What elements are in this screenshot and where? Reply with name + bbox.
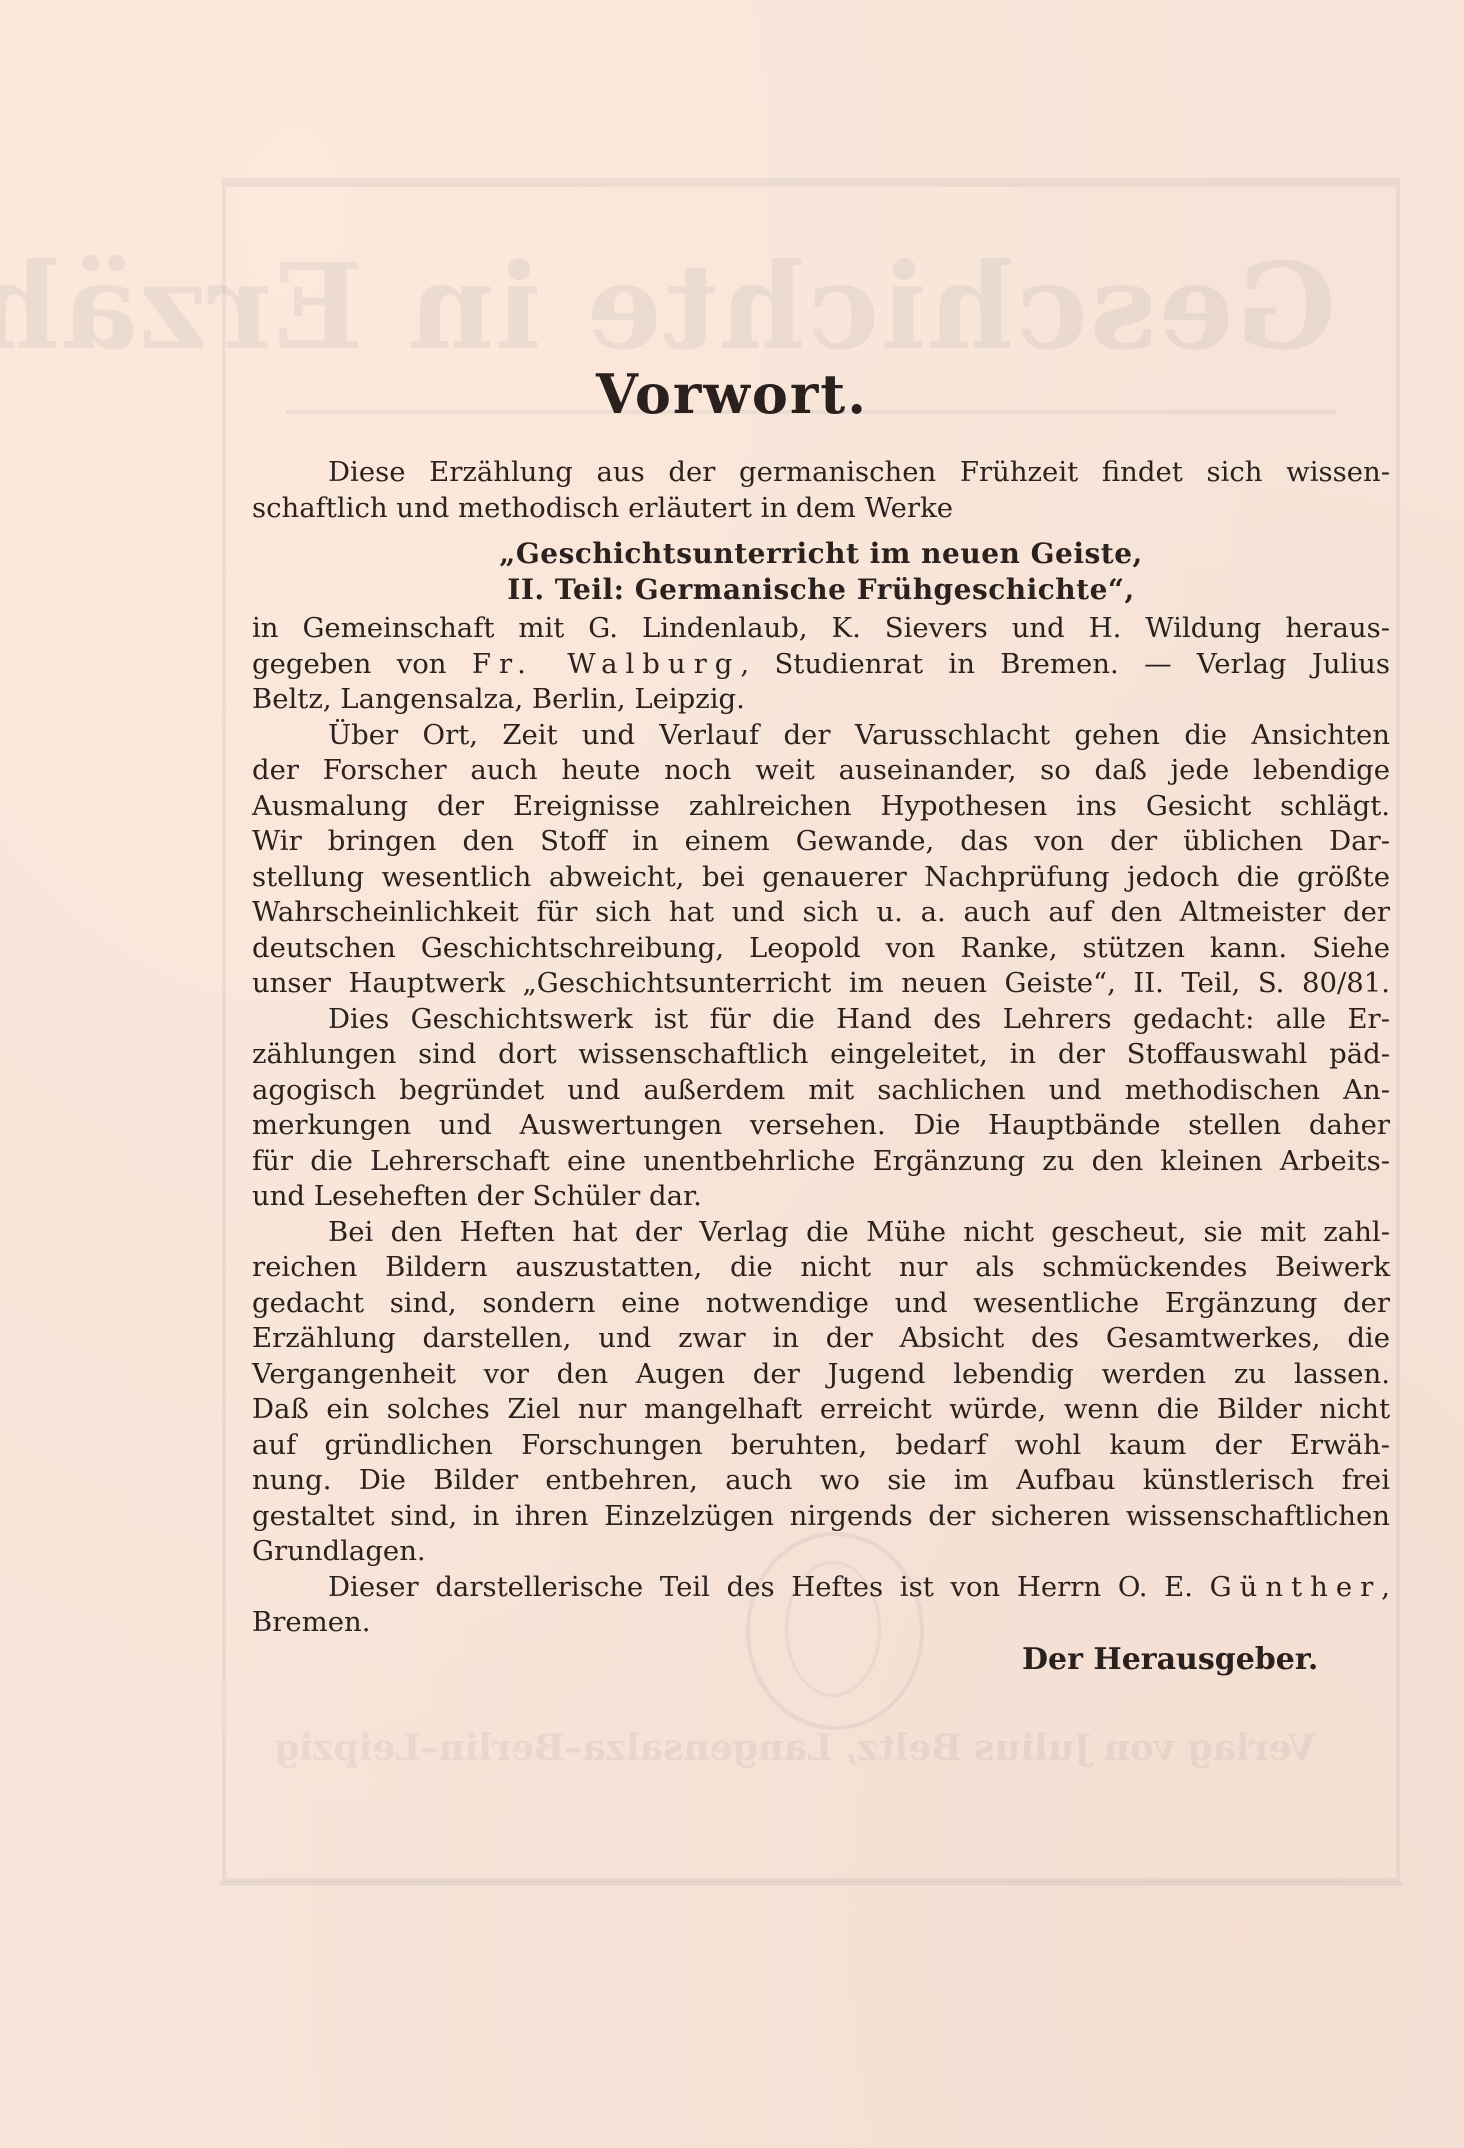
- text-fragment: Dieser darstellerische Teil des Heftes i…: [328, 1571, 1193, 1603]
- text-line: Daß ein solches Ziel nur mangelhaft erre…: [252, 1392, 1390, 1428]
- text-line: Über Ort, Zeit und Verlauf der Varusschl…: [252, 718, 1390, 754]
- signature: Der Herausgeber.: [1022, 1640, 1318, 1680]
- text-line: Bremen.: [252, 1605, 1390, 1641]
- paragraph-editors: in Gemeinschaft mit G. Lindenlaub, K. Si…: [252, 611, 1390, 718]
- text-line: gegeben von Fr. Walburg, Studienrat in B…: [252, 647, 1390, 683]
- paragraph-geschichtswerk: Dies Geschichtswerk ist für die Hand des…: [252, 1002, 1390, 1215]
- text-line: Diese Erzählung aus der germanischen Frü…: [252, 455, 1390, 491]
- text-line: Wahrscheinlichkeit für sich hat und sich…: [252, 895, 1390, 931]
- text-fragment: gegeben von: [252, 648, 447, 680]
- bleed-through-bottom-rule: [220, 1881, 1402, 1886]
- text-line: zählungen sind dort wissenschaftlich ein…: [252, 1037, 1390, 1073]
- text-line: reichen Bildern auszustatten, die nicht …: [252, 1250, 1390, 1286]
- text-line: auf gründlichen Forschungen beruhten, be…: [252, 1428, 1390, 1464]
- paragraph-bilder: Bei den Heften hat der Verlag die Mühe n…: [252, 1215, 1390, 1570]
- text-line: schaftlich und methodisch erläutert in d…: [252, 491, 1390, 527]
- text-line: Dies Geschichtswerk ist für die Hand des…: [252, 1002, 1390, 1038]
- text-line: Vergangenheit vor den Augen der Jugend l…: [252, 1357, 1390, 1393]
- text-line: für die Lehrerschaft eine unentbehrliche…: [252, 1144, 1390, 1180]
- book-page: Geschichte in Erzählungen Verlag von Jul…: [0, 0, 1464, 2148]
- text-line: Bei den Heften hat der Verlag die Mühe n…: [252, 1215, 1390, 1251]
- preface-body: Diese Erzählung aus der germanischen Frü…: [252, 455, 1390, 1641]
- text-line: und Leseheften der Schüler dar.: [252, 1179, 1390, 1215]
- text-line: Grundlagen.: [252, 1534, 1390, 1570]
- text-line: der Forscher auch heute noch weit ausein…: [252, 753, 1390, 789]
- text-line: stellung wesentlich abweicht, bei genaue…: [252, 860, 1390, 896]
- text-fragment: , Studienrat in Bremen. — Verlag Julius: [740, 648, 1390, 680]
- text-fragment: ,: [1381, 1571, 1390, 1603]
- text-line: in Gemeinschaft mit G. Lindenlaub, K. Si…: [252, 611, 1390, 647]
- text-line: gestaltet sind, in ihren Einzelzügen nir…: [252, 1499, 1390, 1535]
- bleed-through-top-rule: [226, 182, 1396, 187]
- text-line: Erzählung darstellen, und zwar in der Ab…: [252, 1321, 1390, 1357]
- text-line: Ausmalung der Ereignisse zahlreichen Hyp…: [252, 789, 1390, 825]
- editor-name: Fr. Walburg: [472, 648, 740, 680]
- work-title-line: „Geschichtsunterricht im neuen Geiste,: [252, 536, 1390, 572]
- text-line: agogisch begründet und außerdem mit sach…: [252, 1073, 1390, 1109]
- paragraph-illustrator: Dieser darstellerische Teil des Heftes i…: [252, 1570, 1390, 1641]
- page-title: Vorwort.: [0, 362, 1464, 426]
- work-title-line: II. Teil: Germanische Frühgeschichte“,: [252, 572, 1390, 608]
- text-line: Wir bringen den Stoff in einem Gewande, …: [252, 824, 1390, 860]
- illustrator-name: Günther: [1210, 1571, 1382, 1603]
- paragraph-intro: Diese Erzählung aus der germanischen Frü…: [252, 455, 1390, 526]
- bleed-through-cover-footer: Verlag von Julius Beltz, Langensalza–Ber…: [306, 1727, 1316, 1769]
- paragraph-varusschlacht: Über Ort, Zeit und Verlauf der Varusschl…: [252, 718, 1390, 1002]
- text-line: deutschen Geschichtschreibung, Leopold v…: [252, 931, 1390, 967]
- text-line: unser Hauptwerk „Geschichtsunterricht im…: [252, 966, 1390, 1002]
- text-line: gedacht sind, sondern eine notwendige un…: [252, 1286, 1390, 1322]
- text-line: Dieser darstellerische Teil des Heftes i…: [252, 1570, 1390, 1606]
- text-line: Beltz, Langensalza, Berlin, Leipzig.: [252, 682, 1390, 718]
- text-line: nung. Die Bilder entbehren, auch wo sie …: [252, 1463, 1390, 1499]
- work-title-block: „Geschichtsunterricht im neuen Geiste, I…: [252, 536, 1390, 607]
- text-line: merkungen und Auswertungen versehen. Die…: [252, 1108, 1390, 1144]
